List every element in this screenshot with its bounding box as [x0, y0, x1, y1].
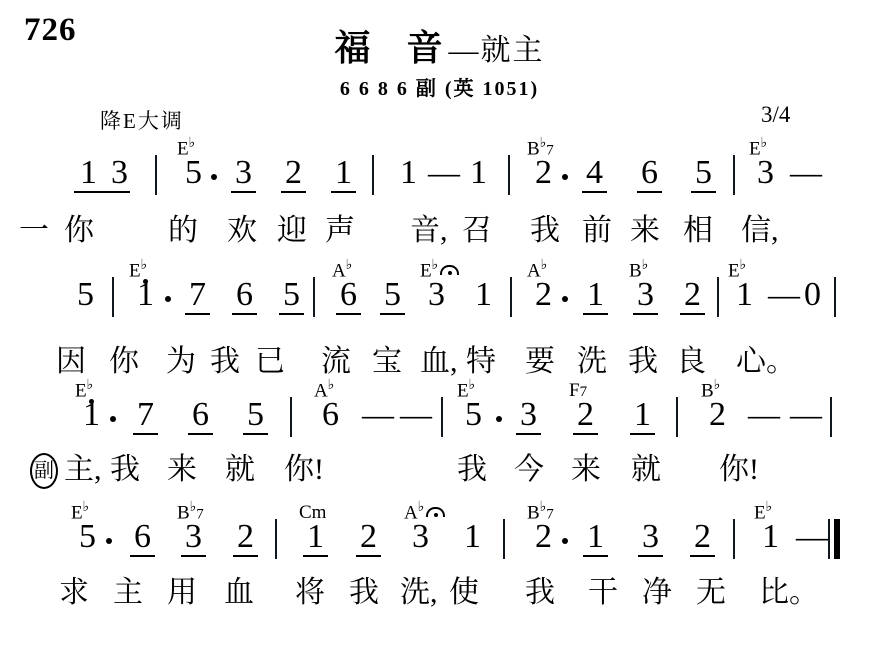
- lyric-char: 音,: [410, 214, 448, 248]
- note: 1: [470, 155, 491, 191]
- note: E♭1: [762, 519, 783, 555]
- note-digit: 6: [318, 397, 343, 433]
- note-digit: 1: [460, 519, 485, 555]
- chord-label: B♭7: [527, 503, 554, 524]
- barline: [372, 155, 374, 195]
- note: E♭1: [137, 277, 158, 313]
- note-digit: 2: [531, 155, 556, 191]
- note-digit: 2: [233, 519, 258, 557]
- note: 5: [384, 277, 405, 315]
- lyric-char: 信,: [741, 214, 779, 248]
- lyric-char: 我: [525, 576, 555, 610]
- dotted-note-dot: [106, 538, 112, 544]
- note-digit: 6: [336, 277, 361, 315]
- note-digit: 5: [73, 277, 98, 313]
- key-signature-label: 降E大调: [100, 105, 184, 135]
- note-digit: 3: [181, 519, 206, 557]
- lyric-char: 你!: [719, 453, 759, 487]
- chord-label: E♭: [71, 503, 89, 523]
- note-digit: 3: [231, 155, 256, 193]
- note-digit: 5: [380, 277, 405, 315]
- chord-label: E♭: [754, 503, 772, 523]
- meter-line: 6 6 8 6 副 (英 1051): [0, 72, 879, 101]
- lyric-line-4: 求主用血将我洗,使我干净无比。: [0, 576, 879, 612]
- note-digit: 6: [637, 155, 662, 193]
- barline: [830, 397, 832, 437]
- note-digit: 1: [331, 155, 356, 193]
- barline: [733, 519, 735, 559]
- lyric-char: 使: [449, 576, 479, 610]
- lyric-char: 特: [466, 345, 496, 379]
- note-digit: 3: [516, 397, 541, 435]
- chord-label: B♭: [701, 381, 720, 401]
- note: F72: [577, 397, 598, 435]
- lyric-char: 相: [683, 214, 713, 248]
- duration-dash: —: [400, 397, 432, 431]
- note: 7: [189, 277, 210, 315]
- lyric-char: 你: [64, 214, 94, 248]
- note: A♭3: [412, 519, 433, 555]
- dotted-note-dot: [562, 174, 568, 180]
- note: 3: [111, 155, 132, 191]
- note-digit: 1: [630, 397, 655, 435]
- duration-dash: —: [790, 155, 822, 189]
- chord-label: F7: [569, 381, 587, 402]
- note-digit: 5: [461, 397, 486, 433]
- lyric-char: 净: [642, 576, 672, 610]
- note-digit: 3: [633, 277, 658, 315]
- note: 1: [335, 155, 356, 193]
- fermata-icon: [426, 507, 445, 517]
- note-digit: 2: [705, 397, 730, 433]
- note-digit: 3: [753, 155, 778, 191]
- lyric-char: 无: [696, 576, 726, 610]
- note: 2: [285, 155, 306, 193]
- note: 6: [192, 397, 213, 435]
- note-digit: 1: [471, 277, 496, 313]
- note-digit: 2: [281, 155, 306, 193]
- barline: [510, 277, 512, 317]
- note-digit: 5: [279, 277, 304, 315]
- lyric-char: 血,: [420, 345, 458, 379]
- lyric-char: 流: [321, 345, 351, 379]
- note: 6: [134, 519, 155, 557]
- lyric-char: 我: [530, 214, 560, 248]
- barline: [313, 277, 315, 317]
- note: 1: [587, 277, 608, 315]
- note-digit: 6: [188, 397, 213, 435]
- barline: [290, 397, 292, 437]
- octave-dot: [143, 279, 148, 284]
- note-digit: 3: [107, 155, 132, 191]
- note: A♭2: [535, 277, 556, 313]
- lyric-char: 迎: [277, 214, 307, 248]
- refrain-marker: 副: [30, 453, 58, 489]
- dotted-note-dot: [110, 416, 116, 422]
- note: A♭6: [340, 277, 361, 315]
- fermata-icon: [440, 265, 459, 275]
- note: E♭1: [736, 277, 757, 313]
- octave-dot: [89, 399, 94, 404]
- chord-label: A♭: [332, 261, 352, 281]
- chord-label: B♭7: [177, 503, 204, 524]
- lyric-char: 比。: [759, 576, 819, 610]
- barline: [717, 277, 719, 317]
- dotted-note-dot: [211, 174, 217, 180]
- music-line-1: 13E♭53211—1B♭72465E♭3—: [0, 155, 879, 191]
- final-barline-thick: [834, 519, 840, 559]
- music-line-2: 5E♭1765A♭65E♭31A♭21B♭32E♭1—0: [0, 277, 879, 313]
- barline: [112, 277, 114, 317]
- note-digit: 2: [690, 519, 715, 557]
- note-digit: 5: [691, 155, 716, 193]
- lyric-char: 前: [582, 214, 612, 248]
- lyric-line-2: 因你为我已流宝血,特要洗我良心。: [0, 345, 879, 381]
- note: E♭5: [465, 397, 486, 433]
- chord-label: E♭: [728, 261, 746, 281]
- lyric-char: 欢: [227, 214, 257, 248]
- note-digit: 6: [232, 277, 257, 315]
- note: B♭72: [535, 519, 556, 555]
- note: 3: [520, 397, 541, 435]
- note: B♭3: [637, 277, 658, 315]
- lyric-char: 心。: [736, 345, 796, 379]
- final-barline-thin: [828, 519, 830, 559]
- note: A♭6: [322, 397, 343, 433]
- lyric-char: 的: [168, 214, 198, 248]
- title-main: 福 音: [334, 20, 442, 71]
- note-digit: 5: [243, 397, 268, 435]
- chord-label: A♭: [314, 381, 334, 401]
- lyric-char: 你: [109, 345, 139, 379]
- lyric-char: 将: [295, 576, 325, 610]
- note-digit: 1: [758, 519, 783, 555]
- note-digit: 3: [408, 519, 433, 555]
- note: 5: [283, 277, 304, 315]
- lyric-char: 我: [628, 345, 658, 379]
- lyric-char: 洗,: [400, 576, 438, 610]
- note-digit: 4: [582, 155, 607, 193]
- note-digit: 6: [130, 519, 155, 557]
- note: 7: [137, 397, 158, 435]
- note-digit: 2: [531, 519, 556, 555]
- dotted-note-dot: [562, 296, 568, 302]
- note-digit: 1: [303, 519, 328, 557]
- dotted-note-dot: [562, 538, 568, 544]
- lyric-char: 已: [255, 345, 285, 379]
- lyric-char: 来: [630, 214, 660, 248]
- barline: [834, 277, 836, 317]
- music-line-3: E♭1765A♭6——E♭53F721B♭2——: [0, 397, 879, 433]
- lyric-char: 来: [571, 453, 601, 487]
- chord-label: E♭: [457, 381, 475, 401]
- note: 2: [684, 277, 705, 315]
- note-digit: 3: [638, 519, 663, 557]
- note: 3: [235, 155, 256, 193]
- barline: [676, 397, 678, 437]
- lyric-char: 我: [210, 345, 240, 379]
- lyric-char: 就: [631, 453, 661, 487]
- duration-dash: —: [790, 397, 822, 431]
- lyric-char: 良: [676, 345, 706, 379]
- chord-label: E♭: [420, 261, 459, 281]
- duration-dash: —: [428, 155, 460, 189]
- note-digit: 5: [75, 519, 100, 555]
- lyric-char: 我: [110, 453, 140, 487]
- barline: [155, 155, 157, 195]
- note: 5: [247, 397, 268, 435]
- note: 2: [694, 519, 715, 557]
- duration-dash: —: [748, 397, 780, 431]
- duration-dash: —: [362, 397, 394, 431]
- lyric-char: 我: [349, 576, 379, 610]
- lyric-char: 来: [167, 453, 197, 487]
- note: E♭3: [757, 155, 778, 191]
- barline: [733, 155, 735, 195]
- note-digit: 7: [185, 277, 210, 315]
- chord-label: B♭: [629, 261, 648, 281]
- note-digit: 1: [76, 155, 101, 191]
- note: 2: [360, 519, 381, 557]
- note: 1: [587, 519, 608, 557]
- lyric-char: 主,: [64, 453, 102, 487]
- lyric-char: 主: [113, 576, 143, 610]
- note-digit: 3: [424, 277, 449, 313]
- duration-dash: —: [768, 277, 800, 311]
- lyric-char: 你!: [284, 453, 324, 487]
- lyric-char: 洗: [577, 345, 607, 379]
- note: 2: [237, 519, 258, 557]
- barline: [503, 519, 505, 559]
- note: Cm1: [307, 519, 328, 557]
- note: 0: [804, 277, 825, 313]
- note-digit: 1: [466, 155, 491, 191]
- chord-label: B♭7: [527, 139, 554, 160]
- hymn-sheet-page: { "header": { "hymn_number": "726", "tit…: [0, 0, 879, 650]
- note: 1: [400, 155, 421, 191]
- note: B♭72: [535, 155, 556, 191]
- note: 6: [641, 155, 662, 193]
- eighth-beam: [74, 191, 130, 193]
- chord-label: E♭: [749, 139, 767, 159]
- note: E♭5: [79, 519, 100, 555]
- note: E♭3: [428, 277, 449, 313]
- lyric-char: 今: [514, 453, 544, 487]
- note: B♭2: [709, 397, 730, 433]
- note: 6: [236, 277, 257, 315]
- lyric-char: 要: [525, 345, 555, 379]
- lyric-char: 宝: [372, 345, 402, 379]
- barline: [508, 155, 510, 195]
- note: E♭5: [185, 155, 206, 191]
- note-digit: 1: [583, 277, 608, 315]
- chord-label: A♭: [404, 503, 445, 523]
- barline: [441, 397, 443, 437]
- lyric-line-3: 副主,我来就你!我今来就你!: [0, 453, 879, 489]
- lyric-char: 用: [167, 576, 197, 610]
- chord-label: A♭: [527, 261, 547, 281]
- note: 1: [80, 155, 101, 191]
- note-digit: 2: [356, 519, 381, 557]
- note: 4: [586, 155, 607, 193]
- music-line-4: E♭56B♭732Cm12A♭31B♭72132E♭1—: [0, 519, 879, 555]
- note: 1: [634, 397, 655, 435]
- note-digit: 1: [583, 519, 608, 557]
- time-signature: 3/4: [761, 102, 790, 128]
- lyric-char: 声: [325, 214, 355, 248]
- lyric-char: 血: [224, 576, 254, 610]
- note-digit: 2: [680, 277, 705, 315]
- note-digit: 1: [732, 277, 757, 313]
- lyric-char: 为: [166, 345, 196, 379]
- lyric-char: 我: [457, 453, 487, 487]
- duration-dash: —: [796, 519, 828, 553]
- lyric-char: 干: [588, 576, 618, 610]
- note-digit: 2: [531, 277, 556, 313]
- note: 5: [77, 277, 98, 313]
- title: 福 音 —就主: [0, 20, 879, 71]
- title-suffix: —就主: [449, 25, 545, 69]
- dotted-note-dot: [496, 416, 502, 422]
- note-digit: 0: [800, 277, 825, 313]
- note: B♭73: [185, 519, 206, 557]
- chord-label: Cm: [299, 503, 326, 523]
- lyric-char: 就: [225, 453, 255, 487]
- note: 5: [695, 155, 716, 193]
- chord-label: E♭: [177, 139, 195, 159]
- note: E♭1: [83, 397, 104, 433]
- lyric-char: 召: [462, 214, 492, 248]
- note: 3: [642, 519, 663, 557]
- lyric-char: 求: [59, 576, 89, 610]
- lyric-line-1: 一你的欢迎声音,召我前来相信,: [0, 214, 879, 250]
- note: 1: [475, 277, 496, 313]
- note-digit: 2: [573, 397, 598, 435]
- note-digit: 1: [396, 155, 421, 191]
- lyric-char: 因: [56, 345, 86, 379]
- lyric-char: 一: [19, 214, 49, 248]
- note-digit: 5: [181, 155, 206, 191]
- barline: [275, 519, 277, 559]
- note-digit: 7: [133, 397, 158, 435]
- dotted-note-dot: [165, 296, 171, 302]
- note: 1: [464, 519, 485, 555]
